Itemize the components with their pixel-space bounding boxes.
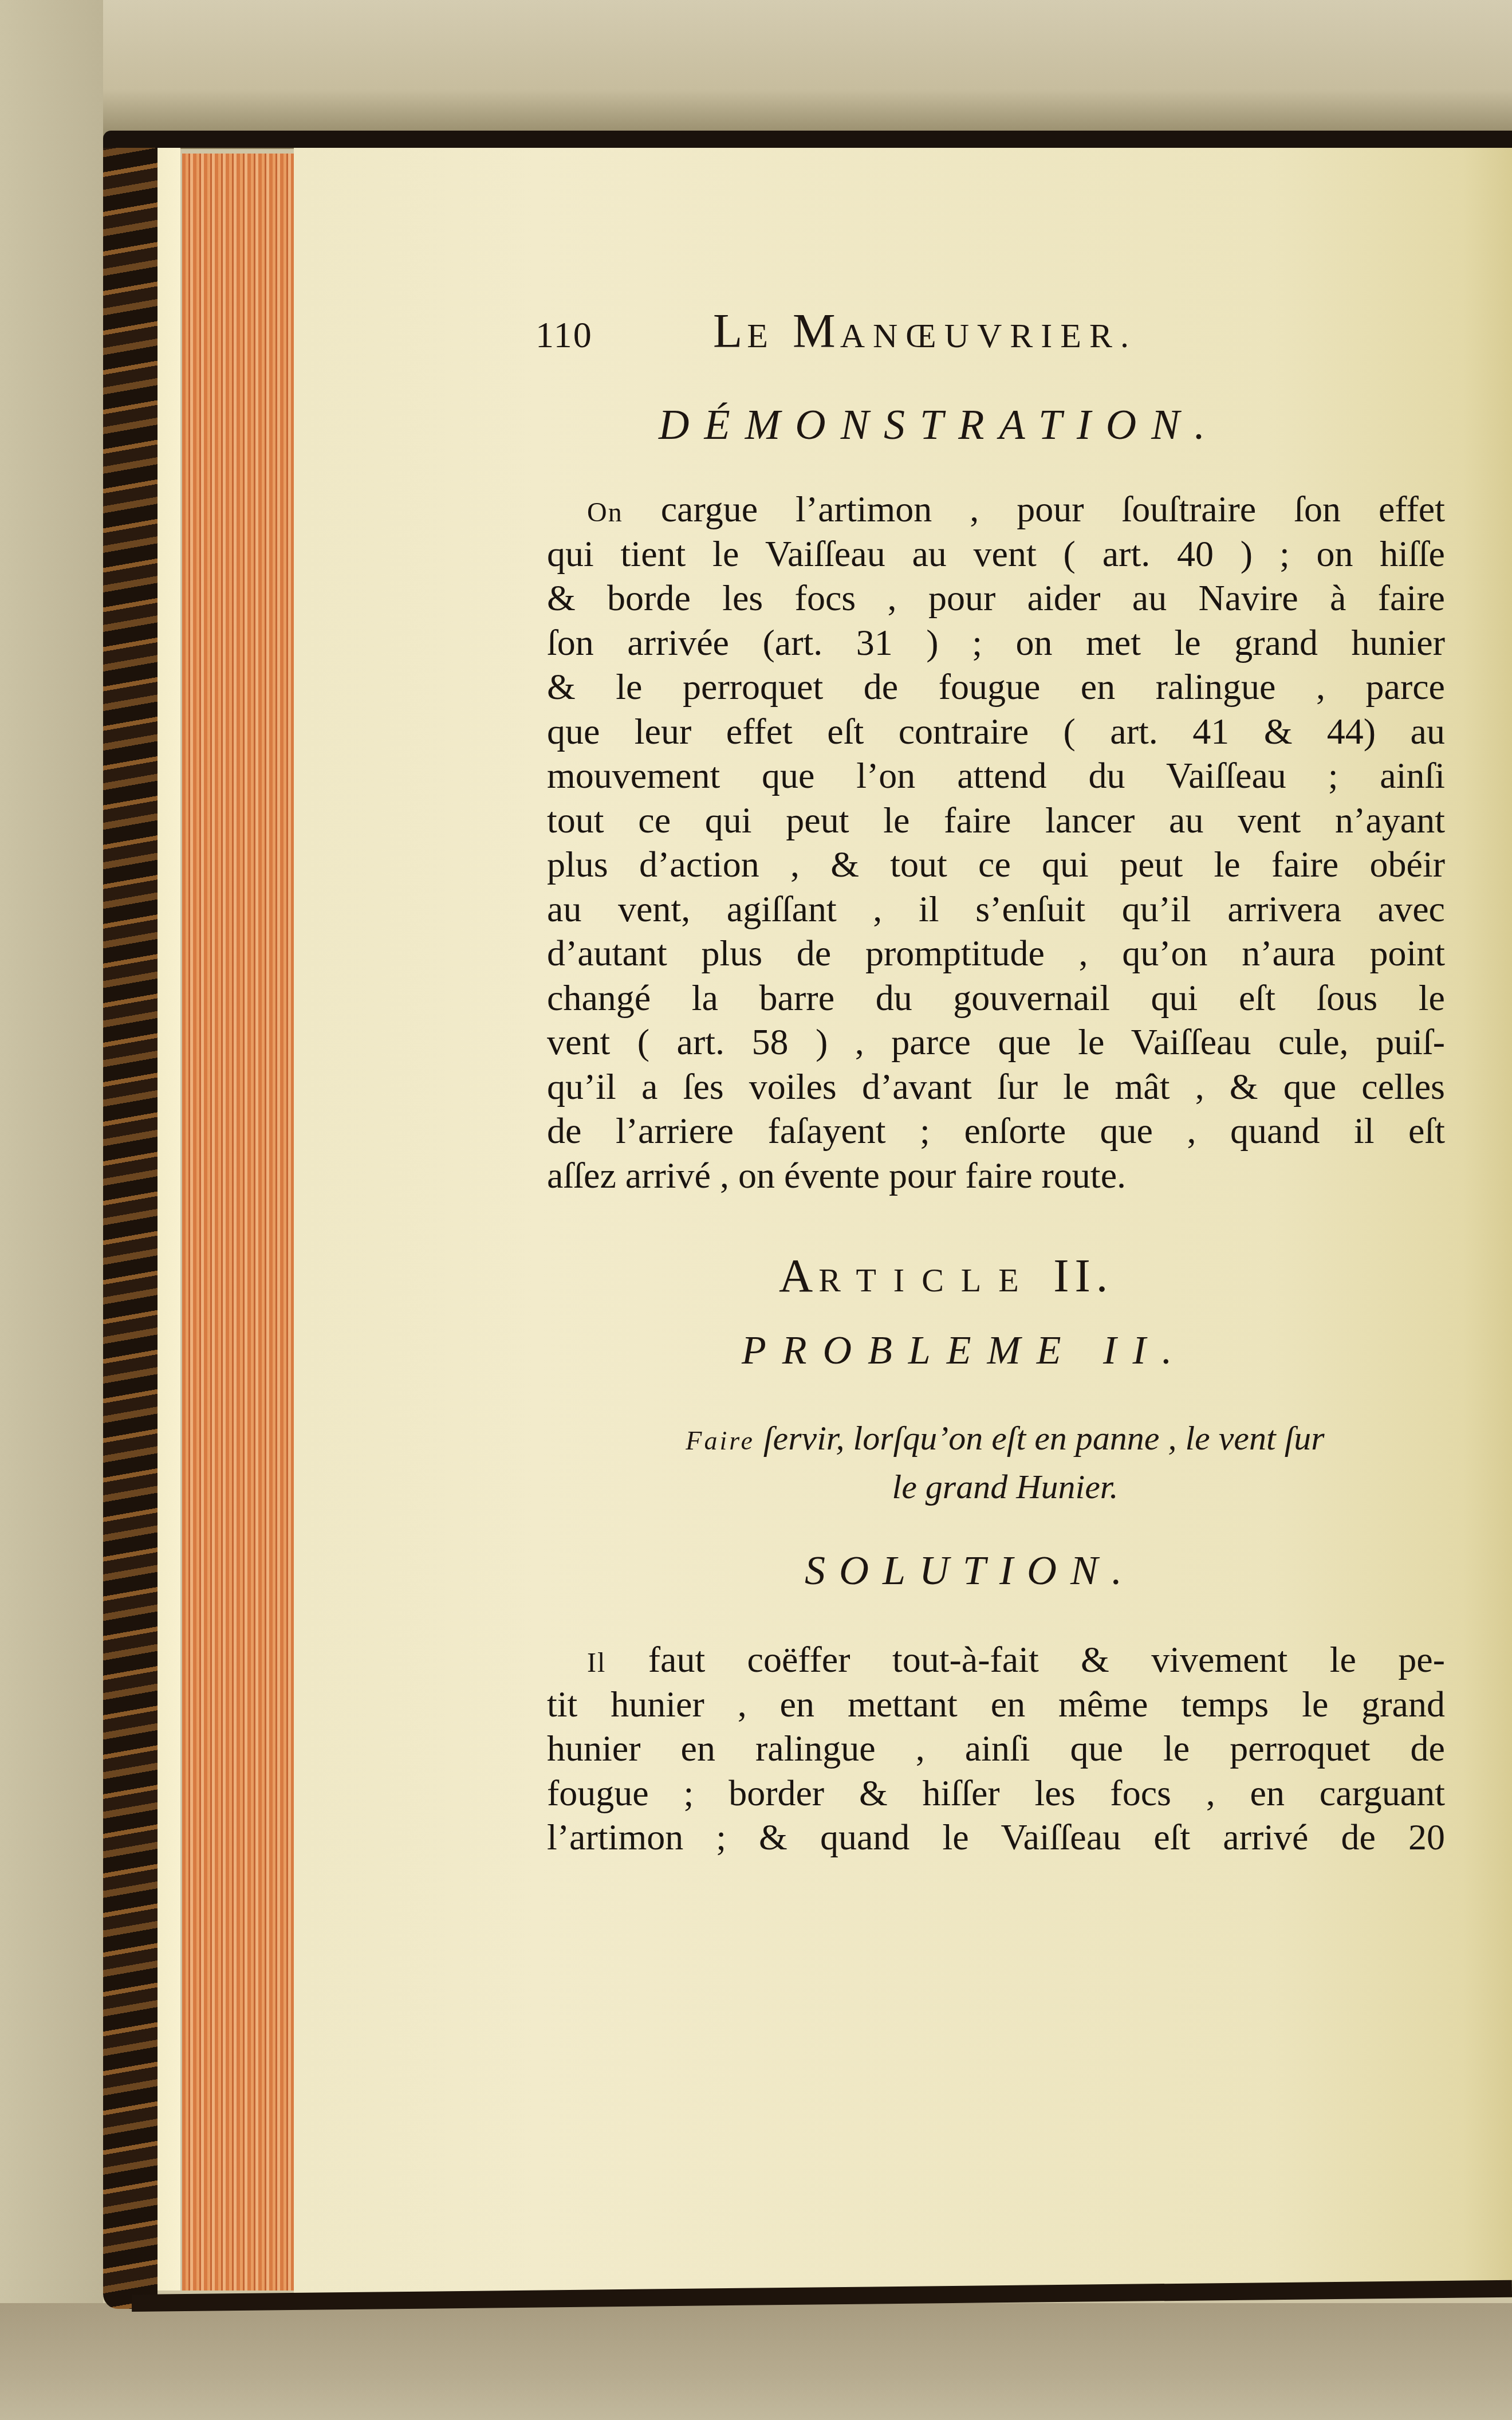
- article-number: II.: [1036, 1250, 1114, 1302]
- solution-heading: SOLUTION.: [805, 1547, 1320, 1594]
- text-line: qui tient le Vaiſſeau au vent ( art. 40 …: [547, 532, 1445, 576]
- book-page: [294, 148, 1512, 2297]
- background-bottom: [0, 2303, 1512, 2420]
- text-line: vent ( art. 58 ) , parce que le Vaiſſeau…: [547, 1020, 1445, 1064]
- line-text: faut coëffer tout-à-fait & vivement le p…: [606, 1639, 1445, 1680]
- book-spine: [103, 137, 157, 2309]
- running-head-small-caps: E: [747, 317, 793, 355]
- running-head-initial-2: M: [793, 305, 840, 358]
- text-line: mouvement que l’on attend du Vaiſſeau ; …: [547, 753, 1445, 798]
- lead-small-caps: Il: [587, 1648, 606, 1678]
- statement-line-2: le grand Hunier.: [578, 1464, 1432, 1510]
- lead-small-caps: On: [587, 497, 623, 528]
- background-left: [0, 0, 103, 2420]
- background-top: [0, 0, 1512, 149]
- text-line: tout ce qui peut le faire lancer au vent…: [547, 798, 1445, 843]
- text-line: hunier en ralingue , ainſi que le perroq…: [547, 1726, 1445, 1771]
- page-number: 110: [535, 314, 593, 356]
- statement-lead-small-caps: Faire: [686, 1426, 755, 1455]
- demonstration-heading: DÉMONSTRATION.: [659, 401, 1346, 450]
- text-line: aſſez arrivé , on évente pour faire rout…: [547, 1153, 1445, 1198]
- solution-paragraph: Il faut coëffer tout-à-fait & vivement l…: [547, 1637, 1445, 1860]
- statement-text: ſervir, lorſqu’on eſt en panne , le vent…: [755, 1419, 1325, 1457]
- running-head-small-caps-2: ANŒUVRIER.: [840, 317, 1137, 355]
- text-line: d’autant plus de promptitude , qu’on n’a…: [547, 931, 1445, 976]
- text-line: ſon arrivée (art. 31 ) ; on met le grand…: [547, 620, 1445, 665]
- article-heading: ARTICLE II.: [779, 1249, 1294, 1303]
- text-line: plus d’action , & tout ce qui peut le fa…: [547, 842, 1445, 887]
- statement-line-1: Faire ſervir, lorſqu’on eſt en panne , l…: [578, 1415, 1432, 1464]
- running-head: LE MANŒUVRIER.: [713, 304, 1137, 359]
- text-line: tit hunier , en mettant en même temps le…: [547, 1682, 1445, 1727]
- text-line: On cargue l’artimon , pour ſouſtraire ſo…: [547, 487, 1445, 532]
- text-line: que leur effet eſt contraire ( art. 41 &…: [547, 709, 1445, 754]
- demonstration-paragraph: On cargue l’artimon , pour ſouſtraire ſo…: [547, 487, 1445, 1197]
- book-cover-top-edge: [103, 131, 1512, 148]
- text-line: & le perroquet de fougue en ralingue , p…: [547, 665, 1445, 709]
- text-line: au vent, agiſſant , il s’enſuit qu’il ar…: [547, 887, 1445, 932]
- text-line: de l’arriere faſayent ; enſorte que , qu…: [547, 1109, 1445, 1153]
- text-line: changé la barre du gouvernail qui eſt ſo…: [547, 976, 1445, 1020]
- article-initial: A: [779, 1250, 818, 1302]
- line-text: cargue l’artimon , pour ſouſtraire ſon e…: [623, 489, 1445, 529]
- text-line: Il faut coëffer tout-à-fait & vivement l…: [547, 1637, 1445, 1682]
- endpaper-strip: [157, 148, 180, 2291]
- probleme-statement: Faire ſervir, lorſqu’on eſt en panne , l…: [578, 1415, 1432, 1510]
- page-edges-red: [182, 154, 294, 2291]
- text-line: qu’il a ſes voiles d’avant ſur le mât , …: [547, 1064, 1445, 1109]
- text-line: & borde les focs , pour aider au Navire …: [547, 576, 1445, 620]
- probleme-heading: PROBLEME II.: [742, 1328, 1429, 1374]
- text-line: fougue ; border & hiſſer les focs , en c…: [547, 1771, 1445, 1816]
- text-line: l’artimon ; & quand le Vaiſſeau eſt arri…: [547, 1815, 1445, 1860]
- running-head-initial: L: [713, 305, 747, 358]
- article-small-caps: RTICLE: [818, 1262, 1036, 1299]
